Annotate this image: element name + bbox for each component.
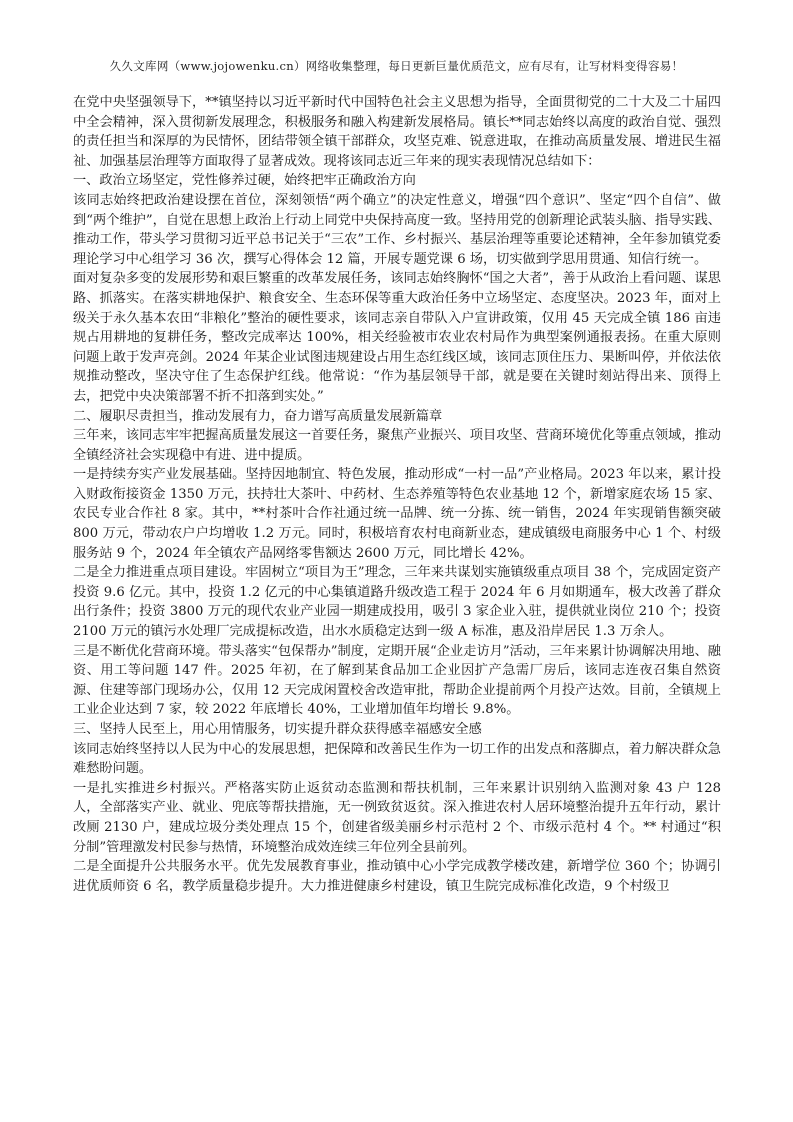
section-heading-2: 二、履职尽责担当，推动发展有力，奋力谱写高质量发展新篇章 [73, 407, 721, 427]
document-page: 久久文库网（www.jojowenku.cn）网络收集整理，每日更新巨量优质范文… [0, 0, 793, 1122]
paragraph: 面对复杂多变的发展形势和艰巨繁重的改革发展任务，该同志始终胸怀“国之大者”，善于… [73, 269, 721, 406]
section-heading-3: 三、坚持人民至上，用心用情服务，切实提升群众获得感幸福感安全感 [73, 720, 721, 740]
paragraph: 三是不断优化营商环境。带头落实“包保帮办”制度，定期开展“企业走访月”活动，三年… [73, 642, 721, 720]
site-notice-header: 久久文库网（www.jojowenku.cn）网络收集整理，每日更新巨量优质范文… [0, 58, 793, 74]
section-heading-1: 一、政治立场坚定，党性修养过硬，始终把牢正确政治方向 [73, 171, 721, 191]
paragraph: 该同志始终把政治建设摆在首位，深刻领悟“两个确立”的决定性意义，增强“四个意识”… [73, 191, 721, 269]
paragraph: 三年来，该同志牢牢把握高质量发展这一首要任务，聚焦产业振兴、项目攻坚、营商环境优… [73, 426, 721, 465]
paragraph: 二是全面提升公共服务水平。优先发展教育事业，推动镇中心小学完成教学楼改建，新增学… [73, 857, 721, 896]
intro-paragraph: 在党中央坚强领导下，**镇坚持以习近平新时代中国特色社会主义思想为指导，全面贯彻… [73, 93, 721, 171]
document-body: 在党中央坚强领导下，**镇坚持以习近平新时代中国特色社会主义思想为指导，全面贯彻… [73, 93, 721, 896]
paragraph: 一是持续夯实产业发展基础。坚持因地制宜、特色发展，推动形成“一村一品”产业格局。… [73, 465, 721, 563]
paragraph: 二是全力推进重点项目建设。牢固树立“项目为王”理念，三年来共谋划实施镇级重点项目… [73, 563, 721, 641]
paragraph: 该同志始终坚持以人民为中心的发展思想，把保障和改善民生作为一切工作的出发点和落脚… [73, 740, 721, 779]
paragraph: 一是扎实推进乡村振兴。严格落实防止返贫动态监测和帮扶机制，三年来累计识别纳入监测… [73, 779, 721, 857]
